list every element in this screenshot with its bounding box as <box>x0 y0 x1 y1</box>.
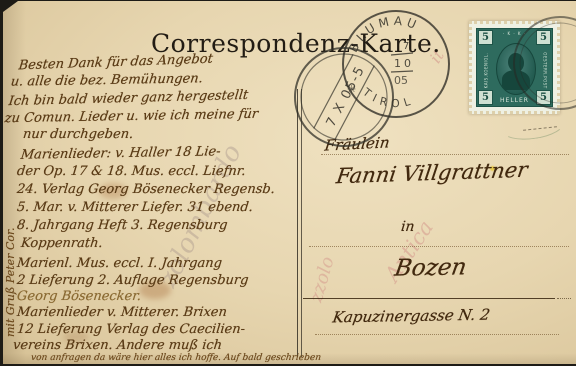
address-street: Kapuzinergasse N. 2 <box>331 306 491 327</box>
city-underline-tail <box>557 298 571 299</box>
message-line: u. alle die bez. Bemühungen. <box>10 71 204 89</box>
svg-text:7: 7 <box>403 41 409 52</box>
message-line: vereins Brixen. Andere muß ich <box>12 338 223 353</box>
stamp-left-text: KAIS.KOENIGL. <box>483 52 488 88</box>
address-line-rule <box>309 246 569 247</box>
address-line-rule <box>315 334 559 335</box>
message-line: Marienlieder: v. Haller 18 Lie- <box>20 144 222 162</box>
address-preposition: in <box>400 219 415 235</box>
postcard: zolombardo Antica it zzolo Correspondenz… <box>3 1 576 364</box>
message-line: nur durchgeben. <box>22 127 134 142</box>
message-line: von anfragen da wäre hier alles ich hoff… <box>30 353 321 363</box>
message-line: 24. Verlag Georg Bösenecker Regensb. <box>16 182 275 197</box>
postmark-date-icon: 7 X 05-5 <box>286 39 402 155</box>
message-line: Besten Dank für das Angebot <box>18 52 214 74</box>
city-underline <box>303 298 555 299</box>
margin-note: mit Gruß Peter Cor. <box>4 187 17 337</box>
stamp-cancel-postmark <box>498 9 576 129</box>
message-line: Marienlieder v. Mitterer. Brixen <box>16 305 227 320</box>
message-line: 8. Jahrgang Heft 3. Regensburg <box>16 218 228 233</box>
message-line: Ich bin bald wieder ganz hergestellt <box>8 88 249 109</box>
address-city: Bozen <box>393 254 469 281</box>
message-line: der Op. 17 & 18. Mus. eccl. Liefnr. <box>16 164 246 179</box>
message-line: 12 Lieferung Verlag des Caecilien- <box>16 322 246 337</box>
message-line: Georg Bösenecker. <box>16 289 142 304</box>
scan-background: zolombardo Antica it zzolo Correspondenz… <box>0 0 576 366</box>
address-name: Fanni Villgrattner <box>335 158 529 189</box>
message-line: 5. Mar. v. Mitterer Liefer. 31 ebend. <box>16 200 253 215</box>
message-line: Marienl. Mus. eccl. I. Jahrgang <box>16 256 223 271</box>
message-line: 2 Lieferung 2. Auflage Regensburg <box>16 273 249 288</box>
message-line: zu Comun. Lieder u. wie ich meine für <box>4 107 259 126</box>
message-line: Koppenrath. <box>20 236 103 251</box>
